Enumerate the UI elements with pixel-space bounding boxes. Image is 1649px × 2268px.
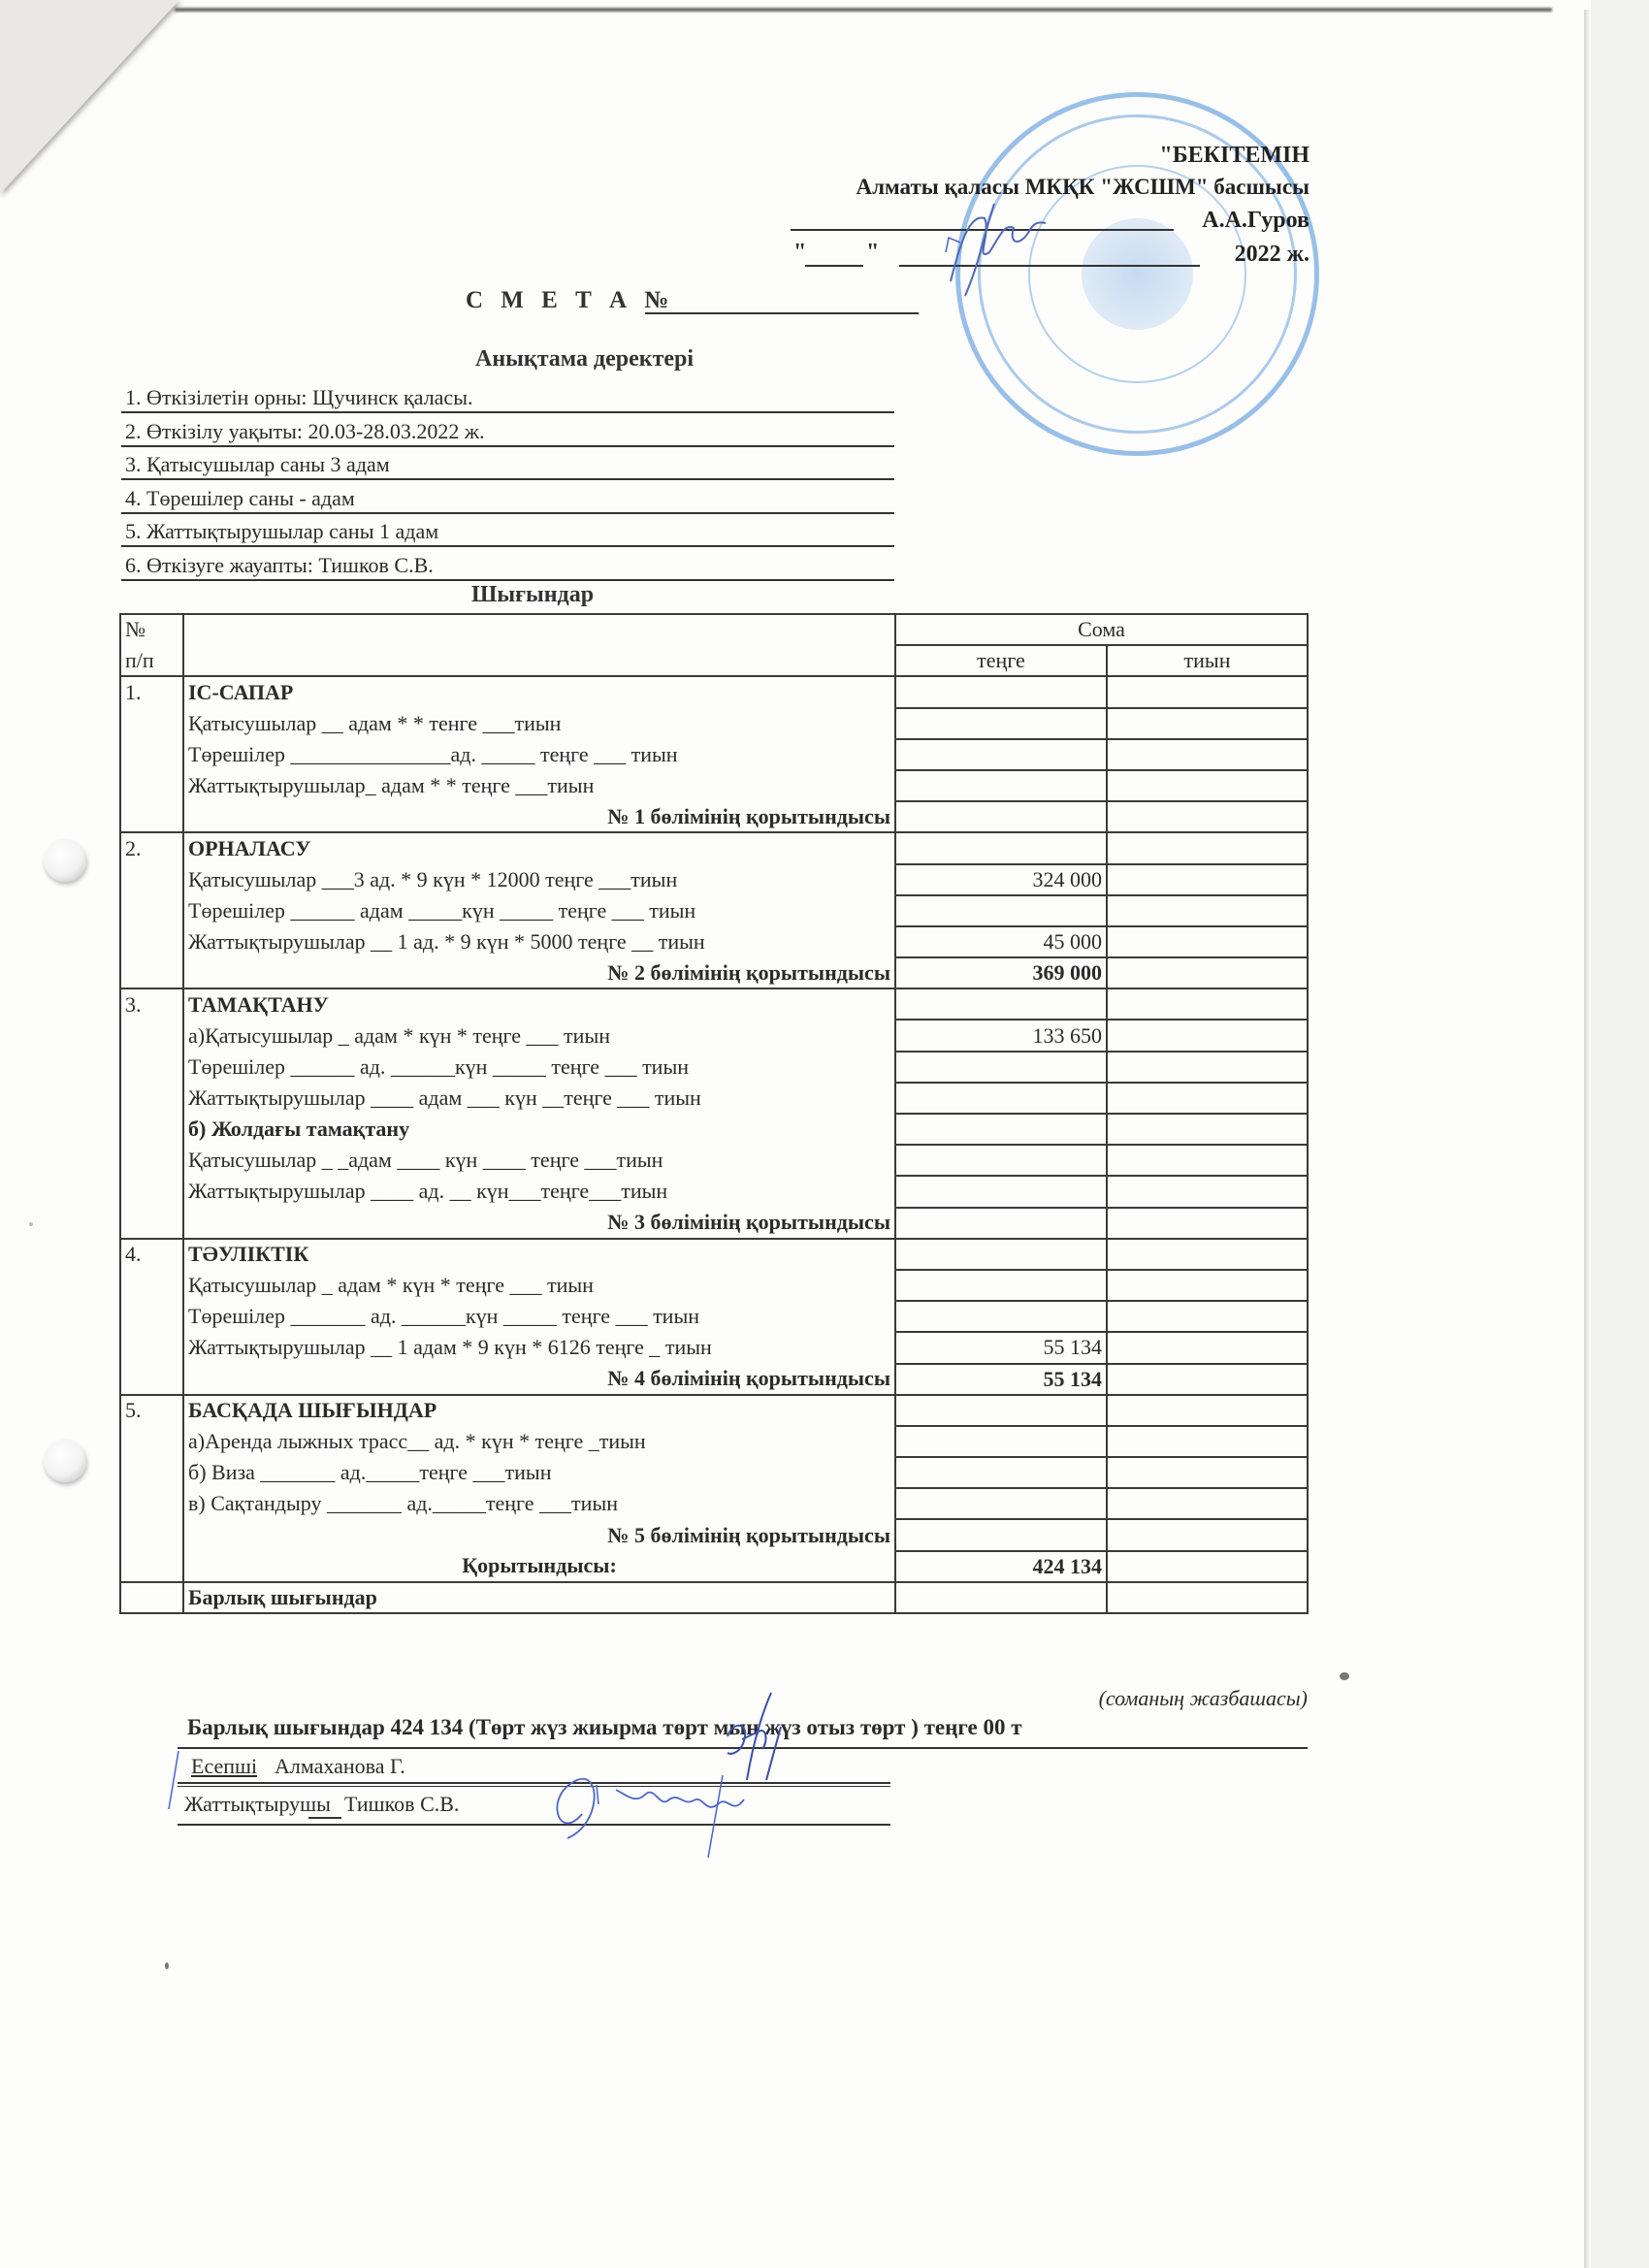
punch-hole <box>44 839 86 882</box>
scan-folded-corner <box>0 0 179 194</box>
row-description: Жаттықтырушылар ____ адам ___ күн __теңг… <box>183 1083 895 1114</box>
table-row: б) Жолдағы тамақтану <box>120 1114 1308 1145</box>
table-row: Төрешілер _______ ад. ______күн _____ те… <box>120 1301 1308 1332</box>
approver-name: А.А.Гуров <box>1202 208 1309 234</box>
table-row: Қатысушылар __ адам * * тенге ___тиын <box>120 708 1308 739</box>
row-description: № 5 бөлімінің қорытындысы <box>183 1519 895 1550</box>
table-row: № 5 бөлімінің қорытындысы <box>120 1519 1308 1550</box>
table-row: Жаттықтырушылар_ адам * * теңге ___тиын <box>120 770 1308 801</box>
row-description: ТӘУЛІКТІК <box>183 1239 895 1270</box>
table-row: а)Аренда лыжных трасс__ ад. * күн * теңг… <box>120 1426 1308 1457</box>
amount-tenge <box>895 832 1107 863</box>
date-open-quote: " <box>793 240 806 266</box>
row-number <box>120 1301 183 1332</box>
amount-tenge: 369 000 <box>895 957 1107 988</box>
table-row: 4.ТӘУЛІКТІК <box>120 1239 1308 1270</box>
header-no-2: п/п <box>120 645 183 676</box>
row-number <box>120 1551 183 1582</box>
amount-tenge: 55 134 <box>895 1364 1107 1395</box>
row-number <box>120 1582 183 1613</box>
approver-signature <box>931 194 1057 301</box>
row-number <box>120 739 183 770</box>
amount-tenge <box>895 1083 1107 1114</box>
amount-tiyn <box>1107 676 1308 707</box>
table-row: б) Виза _______ ад._____теңге ___тиын <box>120 1457 1308 1488</box>
amount-tiyn <box>1107 739 1308 770</box>
row-number <box>120 1083 183 1114</box>
amount-tenge: 133 650 <box>895 1020 1107 1051</box>
row-number <box>120 864 183 895</box>
amount-tenge <box>895 1145 1107 1176</box>
amount-tenge <box>895 1519 1107 1550</box>
accountant-line <box>178 1782 890 1784</box>
row-description: Төрешілер _______ ад. ______күн _____ те… <box>183 1301 895 1332</box>
amount-tenge <box>895 739 1107 770</box>
amount-tenge <box>895 1488 1107 1519</box>
row-description: № 1 бөлімінің қорытындысы <box>183 801 895 832</box>
row-description: а)Қатысушылар _ адам * күн * теңге ___ т… <box>183 1020 895 1051</box>
amount-tiyn <box>1107 770 1308 801</box>
row-number <box>120 770 183 801</box>
row-description: ІС-САПАР <box>183 676 895 707</box>
accountant-role: Есепші <box>191 1754 257 1779</box>
amount-tiyn <box>1107 1239 1308 1270</box>
row-number <box>120 1114 183 1145</box>
row-description: Қатысушылар _ _адам ____ күн ____ теңге … <box>183 1145 895 1176</box>
amount-tiyn <box>1107 988 1308 1020</box>
info-venue: 1. Өткізілетін орны: Щучинск қаласы. <box>121 381 894 413</box>
row-number <box>120 708 183 739</box>
row-description: Қатысушылар __ адам * * тенге ___тиын <box>183 708 895 739</box>
table-row: № 2 бөлімінің қорытындысы369 000 <box>120 957 1308 988</box>
row-description: № 4 бөлімінің қорытындысы <box>183 1364 895 1395</box>
info-coaches: 5. Жаттықтырушылар саны 1 адам <box>121 515 894 547</box>
total-in-words: Барлық шығындар 424 134 (Төрт жүз жиырма… <box>187 1715 1022 1740</box>
total-line <box>178 1747 1308 1749</box>
table-row: 2.ОРНАЛАСУ <box>120 832 1308 863</box>
amount-tenge <box>895 1395 1107 1426</box>
row-description: Барлық шығындар <box>183 1582 895 1613</box>
approval-position: Алматы қаласы МКҚК "ЖСШМ" басшысы <box>857 175 1309 200</box>
header-tiyn: тиын <box>1107 645 1308 676</box>
row-description: № 2 бөлімінің қорытындысы <box>183 957 895 988</box>
amount-in-words-caption: (соманың жазбашасы) <box>1099 1686 1308 1711</box>
amount-tiyn <box>1107 1301 1308 1332</box>
row-description: Төрешілер ______ ад. ______күн _____ тең… <box>183 1052 895 1083</box>
amount-tiyn <box>1107 1582 1308 1613</box>
dust-speck <box>165 1962 169 1969</box>
row-number <box>120 1488 183 1519</box>
row-description: Төрешілер _______________ад. _____ теңге… <box>183 739 895 770</box>
row-number <box>120 895 183 926</box>
header-tenge: теңге <box>895 645 1107 676</box>
amount-tenge: 55 134 <box>895 1332 1107 1363</box>
date-month-blank[interactable] <box>899 265 1200 267</box>
scan-page-edge <box>175 8 1552 12</box>
date-close-quote: " <box>866 240 879 266</box>
approval-signature-line <box>791 229 1174 231</box>
table-row: Қатысушылар ___3 ад. * 9 күн * 12000 тең… <box>120 864 1308 895</box>
table-row: 1. ІС-САПАР <box>120 676 1308 707</box>
row-description: Қатысушылар ___3 ад. * 9 күн * 12000 тең… <box>183 864 895 895</box>
amount-tiyn <box>1107 1488 1308 1519</box>
header-description <box>183 614 895 676</box>
row-number: 3. <box>120 988 183 1020</box>
amount-tenge <box>895 988 1107 1020</box>
amount-tenge: 324 000 <box>895 864 1107 895</box>
amount-tiyn <box>1107 1364 1308 1395</box>
amount-tiyn <box>1107 1114 1308 1145</box>
coach-name: Тишков С.В. <box>344 1792 459 1817</box>
table-row: Төрешілер ______ ад. ______күн _____ тең… <box>120 1052 1308 1083</box>
amount-tiyn <box>1107 1457 1308 1488</box>
amount-tenge <box>895 1582 1107 1613</box>
amount-tenge <box>895 708 1107 739</box>
amount-tiyn <box>1107 1145 1308 1176</box>
amount-tiyn <box>1107 1395 1308 1426</box>
row-number <box>120 1270 183 1301</box>
table-row: Қатысушылар _ адам * күн * теңге ___ тиы… <box>120 1270 1308 1301</box>
info-referees: 4. Төрешілер саны - адам <box>121 482 894 514</box>
row-number <box>120 1052 183 1083</box>
row-number <box>120 1426 183 1457</box>
amount-tiyn <box>1107 1270 1308 1301</box>
row-number <box>120 1332 183 1363</box>
document-number-blank[interactable] <box>645 312 919 314</box>
table-row: Жаттықтырушылар ____ адам ___ күн __теңг… <box>120 1083 1308 1114</box>
row-description: № 3 бөлімінің қорытындысы <box>183 1208 895 1239</box>
scan-background-strip <box>1591 0 1649 2268</box>
margin-pen-mark <box>165 1746 184 1814</box>
amount-tenge: 424 134 <box>895 1551 1107 1582</box>
row-description: ОРНАЛАСУ <box>183 832 895 863</box>
amount-tiyn <box>1107 832 1308 863</box>
row-number <box>120 1457 183 1488</box>
table-row: в) Сақтандыру _______ ад._____теңге ___т… <box>120 1488 1308 1519</box>
row-description: БАСҚАДА ШЫҒЫНДАР <box>183 1395 895 1426</box>
row-description: Қатысушылар _ адам * күн * теңге ___ тиы… <box>183 1270 895 1301</box>
dust-speck <box>1340 1672 1349 1680</box>
row-description: Жаттықтырушылар __ 1 адам * 9 күн * 6126… <box>183 1332 895 1363</box>
table-row: Қорытындысы:424 134 <box>120 1551 1308 1582</box>
info-responsible: 6. Өткізуге жауапты: Тишков С.В. <box>121 549 894 581</box>
row-number <box>120 1208 183 1239</box>
header-no: № <box>120 614 183 645</box>
amount-tiyn <box>1107 1208 1308 1239</box>
amount-tenge: 45 000 <box>895 926 1107 957</box>
amount-tenge <box>895 1239 1107 1270</box>
row-number <box>120 1364 183 1395</box>
amount-tiyn <box>1107 864 1308 895</box>
row-description: в) Сақтандыру _______ ад._____теңге ___т… <box>183 1488 895 1519</box>
table-row: Қатысушылар _ _адам ____ күн ____ теңге … <box>120 1145 1308 1176</box>
row-description: Жаттықтырушылар_ адам * * теңге ___тиын <box>183 770 895 801</box>
expenses-table: № Сома п/п теңге тиын 1. ІС-САПАРҚатысуш… <box>119 613 1309 1614</box>
table-row: Барлық шығындар <box>120 1582 1308 1613</box>
amount-tenge <box>895 1270 1107 1301</box>
amount-tiyn <box>1107 1426 1308 1457</box>
table-row: 5.БАСҚАДА ШЫҒЫНДАР <box>120 1395 1308 1426</box>
expenses-heading: Шығындар <box>471 582 594 608</box>
table-row: Жаттықтырушылар __ 1 ад. * 9 күн * 5000 … <box>120 926 1308 957</box>
amount-tenge <box>895 1114 1107 1145</box>
row-description: б) Виза _______ ад._____теңге ___тиын <box>183 1457 895 1488</box>
amount-tiyn <box>1107 1519 1308 1550</box>
punch-hole <box>44 1440 86 1482</box>
row-description: ТАМАҚТАНУ <box>183 988 895 1020</box>
info-participants: 3. Қатысушылар саны 3 адам <box>121 448 894 480</box>
amount-tiyn <box>1107 1052 1308 1083</box>
amount-tiyn <box>1107 801 1308 832</box>
row-number <box>120 1519 183 1550</box>
row-number: 5. <box>120 1395 183 1426</box>
approval-year: 2022 ж. <box>1235 242 1309 268</box>
scan-page-edge-right <box>1584 10 1590 2268</box>
date-day-blank[interactable] <box>805 265 863 267</box>
amount-tiyn <box>1107 1551 1308 1582</box>
row-number: 4. <box>120 1239 183 1270</box>
amount-tenge <box>895 1208 1107 1239</box>
accountant-name: Алмаханова Г. <box>275 1754 405 1779</box>
table-row: Төрешілер _______________ад. _____ теңге… <box>120 739 1308 770</box>
amount-tiyn <box>1107 708 1308 739</box>
row-description: Жаттықтырушылар ____ ад. __ күн___теңге_… <box>183 1176 895 1207</box>
coach-signature <box>538 1736 791 1863</box>
amount-tenge <box>895 895 1107 926</box>
approval-heading: "БЕКІТЕМІН <box>1159 143 1309 169</box>
row-number: 1. <box>120 676 183 707</box>
amount-tenge <box>895 676 1107 707</box>
row-number <box>120 957 183 988</box>
amount-tenge <box>895 1176 1107 1207</box>
amount-tenge <box>895 770 1107 801</box>
amount-tenge <box>895 1426 1107 1457</box>
table-row: 3.ТАМАҚТАНУ <box>120 988 1308 1020</box>
amount-tenge <box>895 801 1107 832</box>
coach-blank <box>308 1817 341 1819</box>
row-description: Жаттықтырушылар __ 1 ад. * 9 күн * 5000 … <box>183 926 895 957</box>
amount-tiyn <box>1107 926 1308 957</box>
row-description: Қорытындысы: <box>183 1551 895 1582</box>
amount-tenge <box>895 1301 1107 1332</box>
accountant-line-2 <box>178 1786 890 1787</box>
row-number <box>120 801 183 832</box>
table-row: № 4 бөлімінің қорытындысы55 134 <box>120 1364 1308 1395</box>
coach-role: Жаттықтырушы <box>184 1792 331 1817</box>
table-row: Жаттықтырушылар ____ ад. __ күн___теңге_… <box>120 1176 1308 1207</box>
table-row: а)Қатысушылар _ адам * күн * теңге ___ т… <box>120 1020 1308 1051</box>
amount-tenge <box>895 1457 1107 1488</box>
amount-tiyn <box>1107 895 1308 926</box>
amount-tiyn <box>1107 1020 1308 1051</box>
dust-speck <box>29 1222 33 1226</box>
row-number <box>120 926 183 957</box>
table-row: Төрешілер ______ адам _____күн _____ тең… <box>120 895 1308 926</box>
table-row: № 1 бөлімінің қорытындысы <box>120 801 1308 832</box>
amount-tiyn <box>1107 1332 1308 1363</box>
header-sum: Сома <box>895 614 1308 645</box>
amount-tiyn <box>1107 1083 1308 1114</box>
amount-tenge <box>895 1052 1107 1083</box>
row-number <box>120 1145 183 1176</box>
row-number: 2. <box>120 832 183 863</box>
info-heading: Анықтама деректері <box>475 346 694 373</box>
table-header-row: № Сома <box>120 614 1308 645</box>
info-dates: 2. Өткізілу уақыты: 20.03-28.03.2022 ж. <box>121 415 894 447</box>
amount-tiyn <box>1107 1176 1308 1207</box>
row-number <box>120 1020 183 1051</box>
row-description: б) Жолдағы тамақтану <box>183 1114 895 1145</box>
document-title: С М Е Т А № <box>466 287 674 314</box>
table-row: № 3 бөлімінің қорытындысы <box>120 1208 1308 1239</box>
table-row: Жаттықтырушылар __ 1 адам * 9 күн * 6126… <box>120 1332 1308 1363</box>
coach-line <box>178 1824 890 1826</box>
row-description: а)Аренда лыжных трасс__ ад. * күн * теңг… <box>183 1426 895 1457</box>
amount-tiyn <box>1107 957 1308 988</box>
row-description: Төрешілер ______ адам _____күн _____ тең… <box>183 895 895 926</box>
row-number <box>120 1176 183 1207</box>
